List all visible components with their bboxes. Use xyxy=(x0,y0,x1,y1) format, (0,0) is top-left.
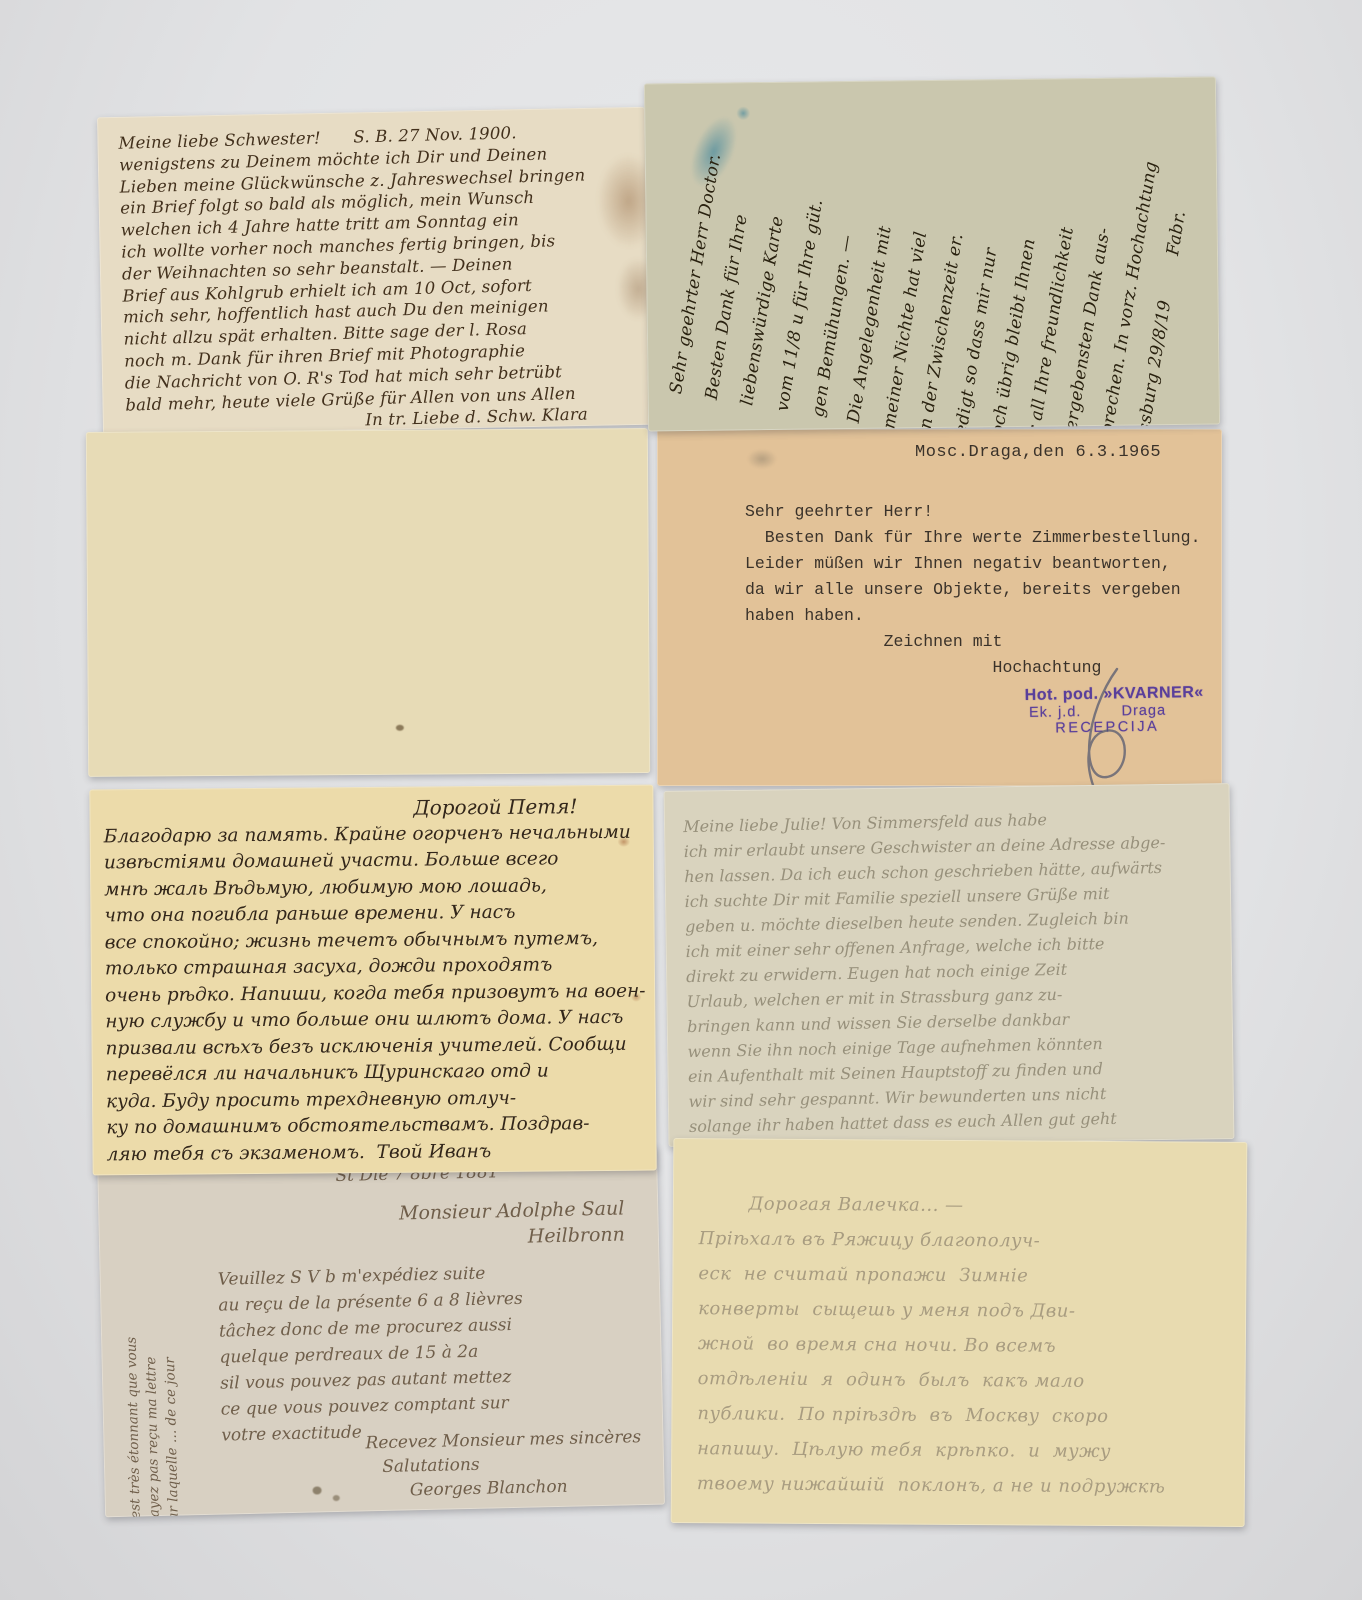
handwriting-line: напишу. Цѣлую тебя крѣпко. и мужу xyxy=(697,1431,1235,1470)
handwriting-line: конверты сыщешь у меня подъ Дви- xyxy=(698,1291,1236,1330)
handwriting-block: Meine liebe Schwester! S. B. 27 Nov. 190… xyxy=(118,119,644,435)
handwriting-block: Дорогой Петя! Благодарю за память. Крайн… xyxy=(103,793,646,1169)
handwriting-line: ляю тебя съ экзаменомъ. Твой Иванъ xyxy=(106,1137,646,1168)
postcard-blank xyxy=(86,428,650,777)
handwriting-line: Georges Blanchon xyxy=(366,1473,642,1503)
closing-block: Recevez Monsieur mes sincères Salutation… xyxy=(335,1425,642,1504)
handwriting-line: Пріѣхалъ въ Ряжицу благополуч- xyxy=(699,1221,1237,1260)
handwriting-line: публики. По пріѣздѣ въ Москву скоро xyxy=(697,1396,1235,1435)
handwriting-line: твоему нижайшій поклонъ, а не и подружкѣ xyxy=(697,1466,1235,1505)
handwriting-line: призвали всѣхъ безъ исключенія учителей.… xyxy=(105,1031,645,1062)
handwriting-line: Leider müßen wir Ihnen negativ beantwort… xyxy=(745,551,1200,577)
typed-text-block: Sehr geehrter Herr! Besten Dank für Ihre… xyxy=(745,499,1200,681)
speck xyxy=(313,1486,322,1494)
salutation-line: Дорогой Петя! xyxy=(103,793,643,824)
handwriting-block: Дорогая Валечка... —Пріѣхалъ въ Ряжицу б… xyxy=(697,1186,1237,1505)
photo-of-eight-postcards: Meine liebe Schwester! S. B. 27 Nov. 190… xyxy=(0,0,1362,1600)
handwriting-line: Дорогая Валечка... — xyxy=(699,1186,1237,1225)
handwriting-line: все спокойно; жизнь течетъ обычнымъ путе… xyxy=(105,925,645,956)
handwriting-lines: Благодарю за память. Крайне огорченъ неч… xyxy=(104,819,647,1168)
handwriting-line: ку по домашнимъ обстоятельствамъ. Поздра… xyxy=(106,1111,646,1142)
handwriting-line: da wir alle unsere Objekte, bereits verg… xyxy=(745,577,1200,603)
handwriting-line: жной во время сна ночи. Во всемъ xyxy=(698,1326,1236,1365)
handwriting-line: Zeichnen mit xyxy=(745,629,1200,655)
speck xyxy=(396,725,404,731)
postcard-pencil-russian: Дорогая Валечка... —Пріѣхалъ въ Ряжицу б… xyxy=(671,1138,1248,1527)
postcard-french-1881: St Dié 7 8bre 1881 Monsieur Adolphe Saul… xyxy=(97,1145,665,1518)
handwriting-line: Sehr geehrter Herr! xyxy=(745,499,1200,525)
signature-squiggle xyxy=(1055,661,1165,786)
postcard-german-1900: Meine liebe Schwester! S. B. 27 Nov. 190… xyxy=(97,107,651,435)
handwriting-line: Благодарю за память. Крайне огорченъ неч… xyxy=(104,819,644,850)
handwriting-line: Besten Dank für Ihre werte Zimmerbestell… xyxy=(745,525,1200,551)
handwriting-block-rotated: Sehr geehrter Herr Doctor.Besten Dank fü… xyxy=(658,77,1214,432)
addressee-block: Monsieur Adolphe SaulHeilbronn xyxy=(399,1195,625,1252)
postcard-pencil-german: Meine liebe Julie! Von Simmersfeld aus h… xyxy=(664,783,1235,1147)
handwriting-line: отдѣленіи я одинъ былъ какъ мало xyxy=(698,1361,1236,1400)
postcard-typed-1965: Mosc.Draga,den 6.3.1965 Sehr geehrter He… xyxy=(657,429,1222,786)
postcard-russian-ink: Дорогой Петя! Благодарю за память. Крайн… xyxy=(89,785,656,1176)
handwriting-line: ную службу и что больше они шлютъ дома. … xyxy=(105,1005,645,1036)
dateline: Mosc.Draga,den 6.3.1965 xyxy=(915,443,1161,462)
handwriting-line: Heilbronn xyxy=(399,1221,625,1252)
smudge xyxy=(747,449,777,469)
postcard-german-rotated-1919: Sehr geehrter Herr Doctor.Besten Dank fü… xyxy=(644,77,1220,432)
handwriting-block: Veuillez S V b m'expédiez suiteau reçu d… xyxy=(217,1260,525,1449)
handwriting-block: Meine liebe Julie! Von Simmersfeld aus h… xyxy=(683,804,1227,1139)
handwriting-line: haben haben. xyxy=(745,603,1200,629)
handwriting-line: еск не считай пропажи Зимніе xyxy=(698,1256,1236,1295)
margin-note-rotated: c'est très étonnant que vousn'ayez pas r… xyxy=(120,1229,184,1517)
